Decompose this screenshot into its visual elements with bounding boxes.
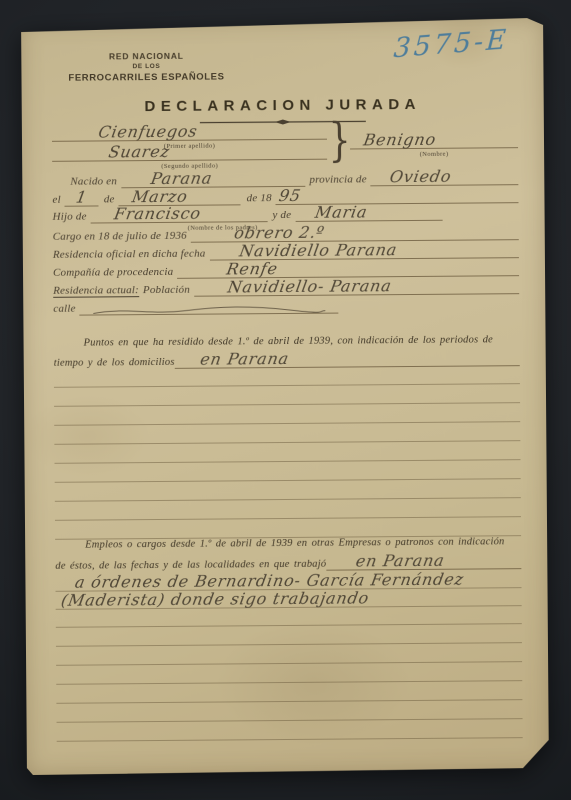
photo-background: RED NACIONAL DE LOS FERROCARRILES ESPAÑO… bbox=[0, 0, 571, 800]
mother-value: Maria bbox=[313, 202, 368, 221]
given-name-rule: Benigno bbox=[350, 127, 518, 149]
father-value: Francisco bbox=[113, 204, 203, 224]
empleos-blank-lines bbox=[56, 605, 523, 742]
empleos-inline-rule: en Parana bbox=[326, 548, 521, 571]
field-given-name: Benigno bbox=[350, 128, 518, 149]
ruled-line bbox=[57, 719, 523, 742]
page-title: DECLARACION JURADA bbox=[22, 95, 544, 116]
empleos-handwritten-inline: en Parana bbox=[354, 551, 446, 571]
second-surname-value: Suarez bbox=[107, 142, 171, 162]
second-surname-rule: Suarez bbox=[52, 139, 327, 162]
given-name-value: Benigno bbox=[362, 130, 438, 150]
letterhead-line3: FERROCARRILES ESPAÑOLES bbox=[46, 71, 246, 84]
field-calle: calle bbox=[53, 294, 338, 316]
first-surname-value: Cienfuegos bbox=[97, 122, 199, 142]
letterhead-line1: RED NACIONAL bbox=[46, 50, 246, 62]
brace-icon: } bbox=[328, 118, 350, 160]
letterhead: RED NACIONAL DE LOS FERROCARRILES ESPAÑO… bbox=[46, 50, 246, 84]
document-paper: RED NACIONAL DE LOS FERROCARRILES ESPAÑO… bbox=[21, 18, 549, 775]
residencias-blank-lines bbox=[54, 365, 521, 540]
mother-rule: Maria bbox=[295, 200, 442, 222]
father-rule: Francisco bbox=[91, 201, 268, 223]
field-second-surname: Suarez bbox=[52, 140, 327, 162]
calle-rule bbox=[80, 293, 339, 316]
calle-strikethrough-squiggle bbox=[90, 302, 330, 318]
document-paper-wrap: RED NACIONAL DE LOS FERROCARRILES ESPAÑO… bbox=[21, 18, 549, 775]
calle-label: calle bbox=[53, 303, 79, 316]
doc-number-handwritten: 3575-E bbox=[366, 22, 537, 66]
parents-label: Hijo de bbox=[53, 211, 91, 224]
given-name-label: (Nombre) bbox=[350, 150, 518, 158]
letterhead-line2: DE LOS bbox=[46, 62, 246, 71]
residencias-handwritten: en Parana bbox=[199, 349, 291, 369]
